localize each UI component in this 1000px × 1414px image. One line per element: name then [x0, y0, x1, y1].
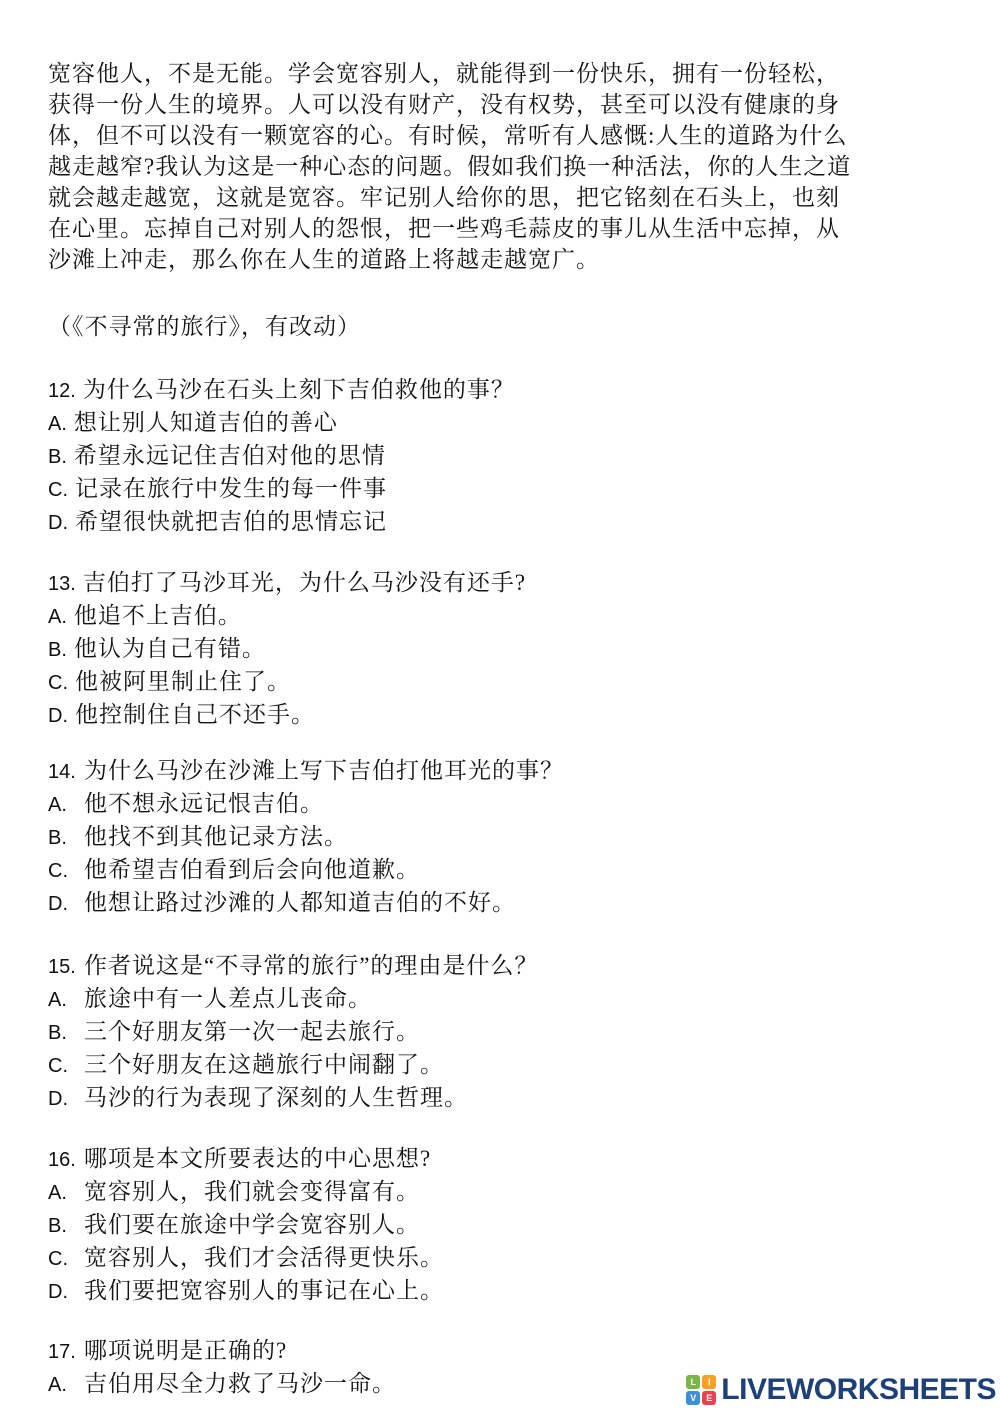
option-label: C.: [48, 856, 84, 887]
option-label: B.: [48, 1018, 84, 1049]
question-block: 14.为什么马沙在沙滩上写下吉伯打他耳光的事？ A.他不想永远记恨吉伯。 B.他…: [48, 755, 960, 920]
option-row: C.记录在旅行中发生的每一件事: [48, 473, 960, 506]
question-header: 17.哪项说明是正确的?: [48, 1335, 960, 1368]
option-text: 三个好朋友第一次一起去旅行。: [84, 1019, 420, 1044]
worksheet-page: 宽容他人，不是无能。学会宽容别人，就能得到一份快乐，拥有一份轻松， 获得一份人生…: [0, 0, 1000, 1414]
brand-wordmark: LIVEWORKSHEETS: [721, 1375, 996, 1405]
reading-passage: 宽容他人，不是无能。学会宽容别人，就能得到一份快乐，拥有一份轻松， 获得一份人生…: [48, 58, 960, 275]
option-label: D.: [48, 889, 84, 920]
question-text: 哪项是本文所要表达的中心思想?: [84, 1146, 431, 1171]
option-label: A.: [48, 1178, 84, 1209]
question-block: 15.作者说这是“不寻常的旅行”的理由是什么？ A.旅途中有一人差点儿丧命。 B…: [48, 950, 960, 1115]
option-row: C.宽容别人，我们才会活得更快乐。: [48, 1242, 960, 1275]
question-text: 吉伯打了马沙耳光，为什么马沙没有还手?: [83, 570, 526, 595]
option-row: D.他控制住自己不还手。: [48, 699, 960, 732]
option-label: D.: [48, 705, 68, 727]
question-header: 14.为什么马沙在沙滩上写下吉伯打他耳光的事？: [48, 755, 960, 788]
option-row: A.他不想永远记恨吉伯。: [48, 788, 960, 821]
liveworksheets-logo: L I V E LIVEWORKSHEETS: [686, 1375, 996, 1405]
option-text: 宽容别人，我们就会变得富有。: [84, 1179, 420, 1204]
question-number: 13.: [48, 573, 76, 595]
option-label: B.: [48, 639, 67, 661]
question-number: 14.: [48, 757, 84, 788]
option-text: 希望永远记住吉伯对他的思情: [74, 443, 386, 468]
question-number: 16.: [48, 1145, 84, 1176]
option-row: B.三个好朋友第一次一起去旅行。: [48, 1016, 960, 1049]
option-text: 他被阿里制止住了。: [75, 669, 291, 694]
option-text: 我们要在旅途中学会宽容别人。: [84, 1212, 420, 1237]
option-row: B.我们要在旅途中学会宽容别人。: [48, 1209, 960, 1242]
option-label: A.: [48, 790, 84, 821]
question-header: 15.作者说这是“不寻常的旅行”的理由是什么？: [48, 950, 960, 983]
option-label: B.: [48, 446, 67, 468]
option-row: A.宽容别人，我们就会变得富有。: [48, 1176, 960, 1209]
passage-line: 越走越窄?我认为这是一种心态的问题。假如我们换一种活法，你的人生之道: [48, 151, 960, 182]
passage-line: 就会越走越宽，这就是宽容。牢记别人给你的思，把它铭刻在石头上，也刻: [48, 182, 960, 213]
option-row: A.旅途中有一人差点儿丧命。: [48, 983, 960, 1016]
option-row: B.他找不到其他记录方法。: [48, 821, 960, 854]
question-text: 为什么马沙在石头上刻下吉伯救他的事？: [83, 377, 515, 402]
option-row: C.他被阿里制止住了。: [48, 666, 960, 699]
logo-square-i: I: [702, 1375, 716, 1389]
option-label: B.: [48, 823, 84, 854]
option-text: 宽容别人，我们才会活得更快乐。: [84, 1245, 444, 1270]
option-row: D.我们要把宽容别人的事记在心上。: [48, 1275, 960, 1308]
option-label: A.: [48, 1370, 84, 1401]
option-label: C.: [48, 672, 68, 694]
option-text: 记录在旅行中发生的每一件事: [75, 476, 387, 501]
option-label: C.: [48, 1244, 84, 1275]
option-label: A.: [48, 606, 67, 628]
question-number: 15.: [48, 952, 84, 983]
option-label: D.: [48, 512, 68, 534]
option-row: D.马沙的行为表现了深刻的人生哲理。: [48, 1082, 960, 1115]
question-block: 13.吉伯打了马沙耳光，为什么马沙没有还手? A.他追不上吉伯。 B.他认为自己…: [48, 567, 960, 732]
option-text: 希望很快就把吉伯的思情忘记: [75, 509, 387, 534]
option-label: B.: [48, 1211, 84, 1242]
option-text: 马沙的行为表现了深刻的人生哲理。: [84, 1085, 468, 1110]
option-row: C.三个好朋友在这趟旅行中闹翻了。: [48, 1049, 960, 1082]
option-text: 他认为自己有错。: [74, 636, 266, 661]
option-text: 我们要把宽容别人的事记在心上。: [84, 1278, 444, 1303]
option-text: 他控制住自己不还手。: [75, 702, 315, 727]
option-label: A.: [48, 985, 84, 1016]
question-header: 12.为什么马沙在石头上刻下吉伯救他的事？: [48, 374, 960, 407]
passage-line: 体，但不可以没有一颗宽容的心。有时候，常听有人感慨:人生的道路为什么: [48, 120, 960, 151]
option-row: D.希望很快就把吉伯的思情忘记: [48, 506, 960, 539]
option-text: 他希望吉伯看到后会向他道歉。: [84, 857, 420, 882]
question-number: 17.: [48, 1337, 84, 1368]
question-text: 作者说这是“不寻常的旅行”的理由是什么？: [84, 953, 538, 978]
option-label: D.: [48, 1277, 84, 1308]
question-header: 16.哪项是本文所要表达的中心思想?: [48, 1143, 960, 1176]
option-label: C.: [48, 479, 68, 501]
option-row: D.他想让路过沙滩的人都知道吉伯的不好。: [48, 887, 960, 920]
option-label: A.: [48, 413, 67, 435]
question-block: 16.哪项是本文所要表达的中心思想? A.宽容别人，我们就会变得富有。 B.我们…: [48, 1143, 960, 1308]
passage-line: 获得一份人生的境界。人可以没有财产，没有权势，甚至可以没有健康的身: [48, 89, 960, 120]
option-label: C.: [48, 1051, 84, 1082]
passage-line: 在心里。忘掉自己对别人的怨恨，把一些鸡毛蒜皮的事儿从生活中忘掉，从: [48, 213, 960, 244]
question-header: 13.吉伯打了马沙耳光，为什么马沙没有还手?: [48, 567, 960, 600]
option-text: 想让别人知道吉伯的善心: [74, 410, 338, 435]
question-text: 为什么马沙在沙滩上写下吉伯打他耳光的事？: [84, 758, 564, 783]
option-text: 他追不上吉伯。: [74, 603, 242, 628]
question-text: 哪项说明是正确的?: [84, 1338, 287, 1363]
option-row: C.他希望吉伯看到后会向他道歉。: [48, 854, 960, 887]
option-text: 他想让路过沙滩的人都知道吉伯的不好。: [84, 890, 516, 915]
source-note: （《不寻常的旅行》，有改动）: [48, 311, 960, 342]
logo-square-e: E: [702, 1391, 716, 1405]
option-row: B.他认为自己有错。: [48, 633, 960, 666]
option-text: 旅途中有一人差点儿丧命。: [84, 986, 372, 1011]
logo-square-v: V: [686, 1391, 700, 1405]
liveworksheets-logo-icon: L I V E: [686, 1375, 716, 1405]
option-label: D.: [48, 1084, 84, 1115]
option-text: 他不想永远记恨吉伯。: [84, 791, 324, 816]
question-number: 12.: [48, 380, 76, 402]
option-row: B.希望永远记住吉伯对他的思情: [48, 440, 960, 473]
option-text: 三个好朋友在这趟旅行中闹翻了。: [84, 1052, 444, 1077]
option-text: 吉伯用尽全力救了马沙一命。: [84, 1371, 396, 1396]
option-row: A.想让别人知道吉伯的善心: [48, 407, 960, 440]
option-row: A.他追不上吉伯。: [48, 600, 960, 633]
logo-square-l: L: [686, 1375, 700, 1389]
passage-line: 宽容他人，不是无能。学会宽容别人，就能得到一份快乐，拥有一份轻松，: [48, 58, 960, 89]
question-block: 12.为什么马沙在石头上刻下吉伯救他的事？ A.想让别人知道吉伯的善心 B.希望…: [48, 374, 960, 539]
passage-line: 沙滩上冲走，那么你在人生的道路上将越走越宽广。: [48, 244, 960, 275]
option-text: 他找不到其他记录方法。: [84, 824, 348, 849]
